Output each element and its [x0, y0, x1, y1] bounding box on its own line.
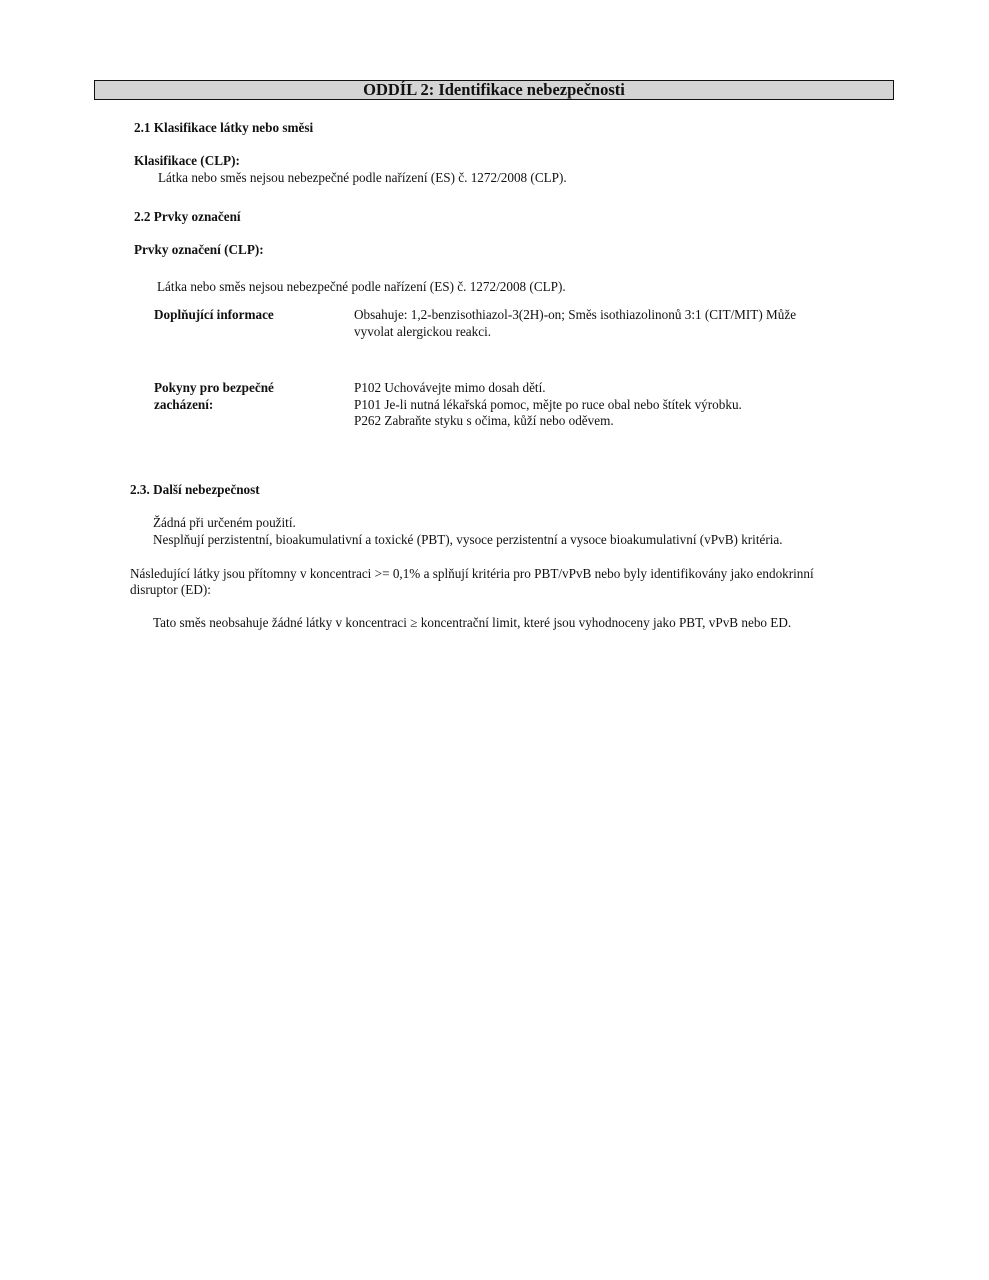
supplementary-info-line-2: vyvolat alergickou reakci.	[354, 323, 491, 340]
section-title: ODDÍL 2: Identifikace nebezpečnosti	[94, 80, 894, 100]
label-elements-text: Látka nebo směs nejsou nebezpečné podle …	[157, 278, 566, 295]
heading-2-2: 2.2 Prvky označení	[134, 208, 241, 225]
classification-text: Látka nebo směs nejsou nebezpečné podle …	[158, 169, 567, 186]
heading-2-1: 2.1 Klasifikace látky nebo směsi	[134, 119, 313, 136]
pbt-conclusion: Tato směs neobsahuje žádné látky v konce…	[153, 614, 791, 631]
precautionary-label-line-1: Pokyny pro bezpečné	[154, 379, 274, 396]
precautionary-statement-p101: P101 Je-li nutná lékařská pomoc, mějte p…	[354, 396, 742, 413]
precautionary-statement-p102: P102 Uchovávejte mimo dosah dětí.	[354, 379, 546, 396]
precautionary-statement-p262: P262 Zabraňte styku s očima, kůží nebo o…	[354, 412, 614, 429]
other-hazards-line-2: Nesplňují perzistentní, bioakumulativní …	[153, 531, 783, 548]
other-hazards-line-1: Žádná při určeném použití.	[153, 514, 296, 531]
pbt-paragraph-line-1: Následující látky jsou přítomny v koncen…	[130, 565, 814, 582]
subheading-classification-clp: Klasifikace (CLP):	[134, 152, 240, 169]
precautionary-label-line-2: zacházení:	[154, 396, 213, 413]
heading-2-3: 2.3. Další nebezpečnost	[130, 481, 260, 498]
document-page: ODDÍL 2: Identifikace nebezpečnosti 2.1 …	[0, 0, 989, 1280]
pbt-paragraph-line-2: disruptor (ED):	[130, 581, 211, 598]
supplementary-info-label: Doplňující informace	[154, 306, 274, 323]
supplementary-info-line-1: Obsahuje: 1,2-benzisothiazol-3(2H)-on; S…	[354, 306, 796, 323]
subheading-label-elements-clp: Prvky označení (CLP):	[134, 241, 264, 258]
